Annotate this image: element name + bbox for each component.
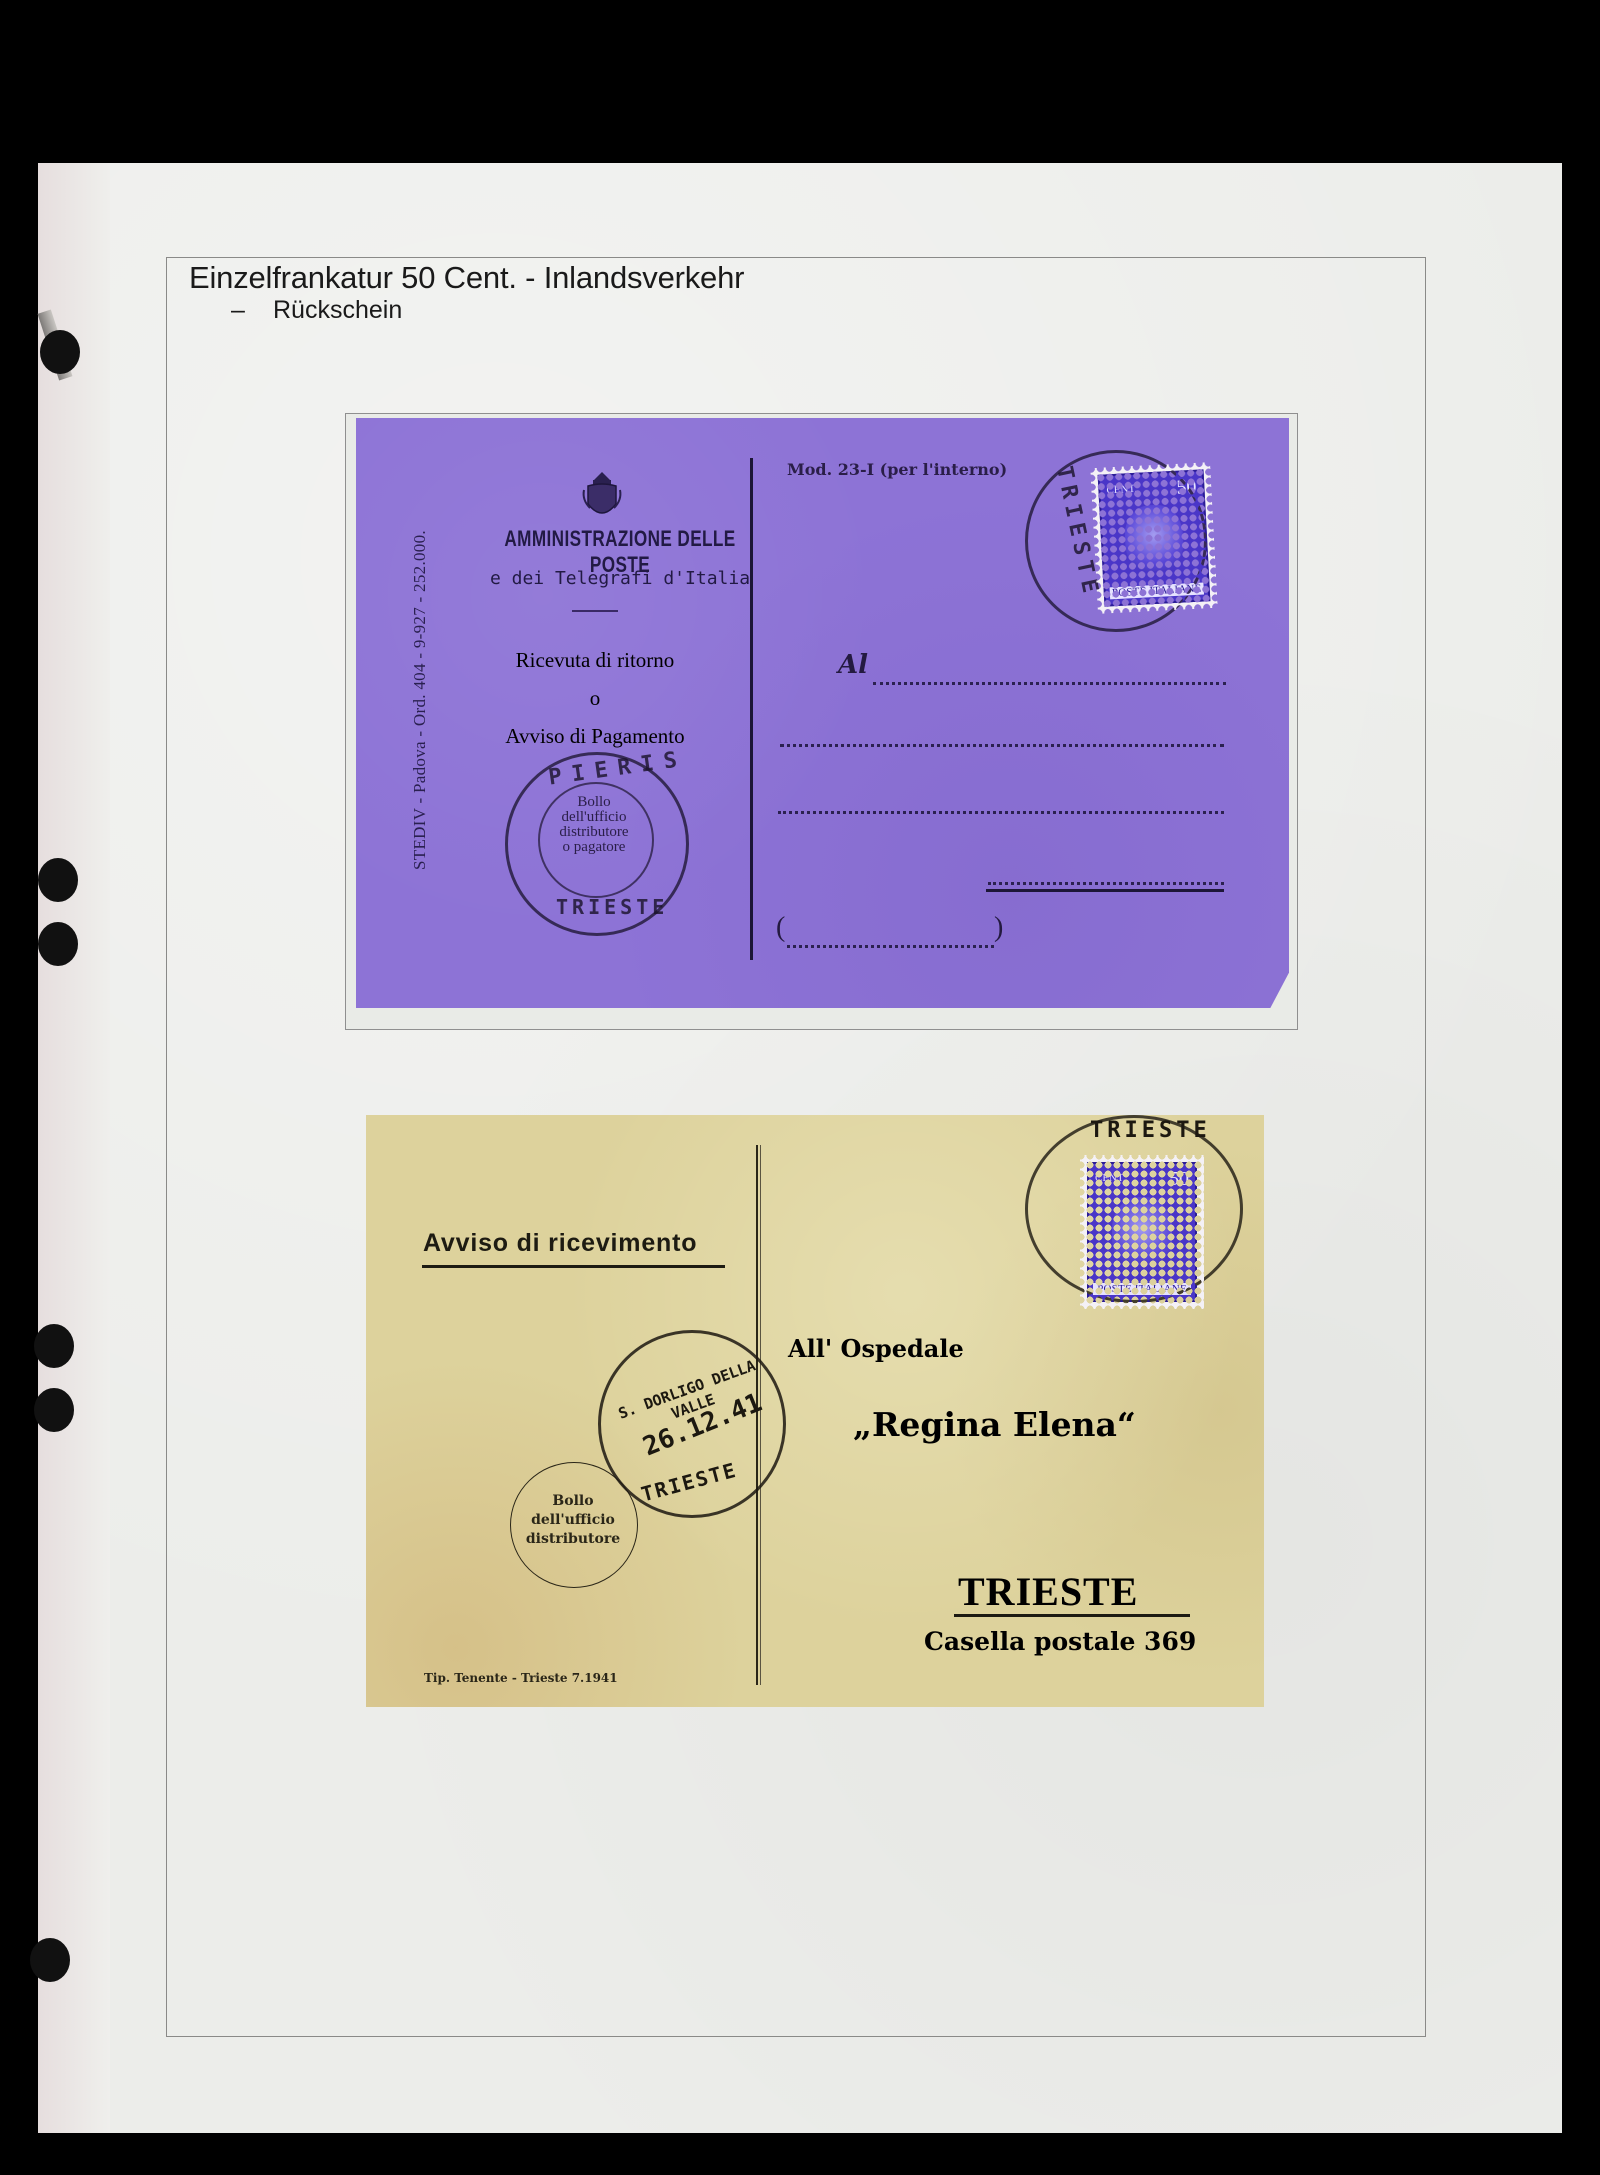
header-telegrafi: e dei Telegrafi d'Italia bbox=[455, 568, 785, 589]
address-line-3 bbox=[778, 811, 1224, 814]
recipient-po-box: Casella postale 369 bbox=[924, 1627, 1196, 1656]
binder-hole bbox=[40, 330, 80, 374]
binder-hole bbox=[38, 858, 78, 902]
royal-crest-icon bbox=[580, 470, 624, 522]
stamp-design: CENT. 50 POSTE ITALIANE bbox=[1087, 1162, 1197, 1302]
page-edge-shadow bbox=[38, 163, 110, 2133]
bracket-right: ) bbox=[994, 912, 1003, 944]
stamp-currency: CENT. bbox=[1095, 1172, 1126, 1184]
postage-stamp-50-cent[interactable]: CENT. 50 POSTE ITALIANE bbox=[1080, 1155, 1204, 1309]
office-box-label: Bollo dell'ufficio distributore bbox=[510, 1492, 636, 1549]
postage-stamp-50-cent[interactable]: CENT. 50 POSTE ITALIANE bbox=[1090, 462, 1217, 614]
header-rule bbox=[572, 610, 618, 612]
address-line-1 bbox=[873, 682, 1226, 685]
stamp-inscription: POSTE ITALIANE bbox=[1110, 582, 1204, 599]
page-title: Einzelfrankatur 50 Cent. - Inlandsverkeh… bbox=[189, 260, 744, 296]
address-line-2 bbox=[780, 744, 1224, 747]
city-underline bbox=[954, 1614, 1190, 1617]
recipient-line-1: All' Ospedale bbox=[788, 1334, 964, 1363]
form-title-or: o bbox=[460, 686, 730, 711]
address-prefix: Al bbox=[838, 650, 868, 680]
recipient-city: TRIESTE bbox=[958, 1568, 1138, 1615]
office-box-label: Bollo dell'ufficio distributore o pagato… bbox=[538, 795, 650, 855]
king-portrait-icon bbox=[1112, 1197, 1171, 1268]
binder-hole bbox=[34, 1388, 74, 1432]
office-box-line: distributore bbox=[538, 825, 650, 840]
address-underline bbox=[986, 889, 1224, 892]
binder-hole bbox=[38, 922, 78, 966]
binder-hole bbox=[30, 1938, 70, 1982]
stamp-value: 50 bbox=[1176, 476, 1197, 500]
office-box-line: distributore bbox=[510, 1530, 636, 1549]
subtitle-bullet: – bbox=[231, 296, 245, 325]
address-line-4 bbox=[988, 882, 1224, 885]
stamp-design: CENT. 50 POSTE ITALIANE bbox=[1098, 469, 1211, 606]
office-box-line: dell'ufficio bbox=[538, 810, 650, 825]
card-divider bbox=[750, 458, 753, 960]
form-title-avviso: Avviso di Pagamento bbox=[455, 724, 735, 749]
binder-hole bbox=[34, 1324, 74, 1368]
stamp-inscription: POSTE ITALIANE bbox=[1093, 1283, 1191, 1295]
king-portrait-icon bbox=[1124, 503, 1185, 572]
office-box-line: Bollo bbox=[538, 795, 650, 810]
stamp-currency: CENT. bbox=[1106, 483, 1137, 497]
side-imprint: STEDIV - Padova - Ord. 404 - 9-927 - 252… bbox=[410, 470, 438, 930]
form-title-underline bbox=[422, 1265, 725, 1268]
postmark-bottom-text: TRIESTE bbox=[556, 895, 668, 919]
stamp-value: 50 bbox=[1169, 1168, 1189, 1191]
recipient-line-2: „Regina Elena“ bbox=[853, 1405, 1136, 1444]
form-title-ricevuta: Ricevuta di ritorno bbox=[460, 648, 730, 673]
form-title: Avviso di ricevimento bbox=[423, 1229, 697, 1258]
address-line-5 bbox=[787, 945, 994, 948]
bracket-left: ( bbox=[776, 912, 785, 944]
page-subtitle: Rückschein bbox=[273, 296, 402, 325]
office-box-line: dell'ufficio bbox=[510, 1511, 636, 1530]
printer-imprint: Tip. Tenente - Trieste 7.1941 bbox=[424, 1671, 618, 1685]
postmark-text: TRIESTE bbox=[1090, 1118, 1211, 1143]
office-box-line: Bollo bbox=[510, 1492, 636, 1511]
form-number: Mod. 23-I (per l'interno) bbox=[787, 460, 1007, 479]
office-box-line: o pagatore bbox=[538, 840, 650, 855]
